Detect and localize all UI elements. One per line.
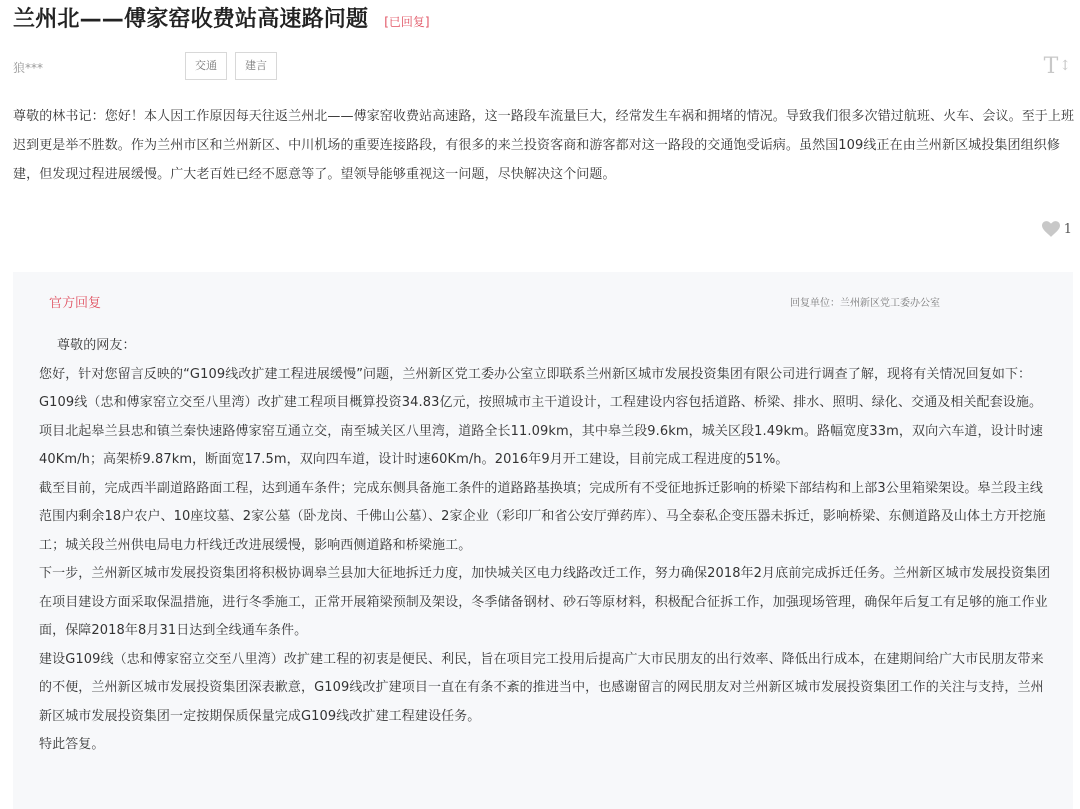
font-size-letter: T xyxy=(1044,54,1059,79)
reply-unit: 回复单位：兰州新区党工委办公室 xyxy=(790,294,940,309)
status-badge: [已回复] xyxy=(384,13,429,30)
question-body: 尊敬的林书记：您好！本人因工作原因每天往返兰州北——傅家窑收费站高速路，这一路段… xyxy=(13,102,1075,189)
reply-paragraph: 建设G109线（忠和傅家窑立交至八里湾）改扩建工程的初衷是便民、利民，旨在项目完… xyxy=(39,646,1054,732)
author-name: 狼*** xyxy=(13,59,43,76)
title-row: 兰州北——傅家窑收费站高速路问题 [已回复] xyxy=(13,2,430,33)
reply-label: 官方回复 xyxy=(49,292,101,311)
reply-closing: 特此答复。 xyxy=(39,731,1054,760)
official-reply-section: 官方回复 回复单位：兰州新区党工委办公室 尊敬的网友： 您好，针对您留言反映的“… xyxy=(13,272,1073,809)
reply-body: 尊敬的网友： 您好，针对您留言反映的“G109线改扩建工程进展缓慢”问题，兰州新… xyxy=(39,332,1054,760)
tag-list: 交通 建言 xyxy=(185,52,277,80)
reply-paragraph: G109线（忠和傅家窑立交至八里湾）改扩建工程项目概算投资34.83亿元，按照城… xyxy=(39,389,1054,475)
tag-suggestion[interactable]: 建言 xyxy=(235,52,277,80)
reply-paragraph: 下一步，兰州新区城市发展投资集团将积极协调皋兰县加大征地拆迁力度，加快城关区电力… xyxy=(39,560,1054,646)
like-button[interactable]: 1 xyxy=(1042,221,1072,237)
reply-greeting: 尊敬的网友： xyxy=(39,332,1054,361)
tag-traffic[interactable]: 交通 xyxy=(185,52,227,80)
reply-paragraph: 截至目前，完成西半副道路路面工程，达到通车条件；完成东侧具备施工条件的道路路基换… xyxy=(39,475,1054,561)
message-detail-page: 兰州北——傅家窑收费站高速路问题 [已回复] 狼*** 交通 建言 T↕ 尊敬的… xyxy=(0,0,1080,809)
meta-row: 狼*** 交通 建言 T↕ xyxy=(13,52,1073,80)
font-size-toggle-icon[interactable]: T↕ xyxy=(1044,52,1071,81)
like-count: 1 xyxy=(1064,222,1072,237)
page-title: 兰州北——傅家窑收费站高速路问题 xyxy=(13,2,368,33)
up-down-arrow-icon: ↕ xyxy=(1059,58,1071,74)
heart-icon xyxy=(1042,221,1060,237)
reply-paragraph: 您好，针对您留言反映的“G109线改扩建工程进展缓慢”问题，兰州新区党工委办公室… xyxy=(39,361,1054,390)
reply-header: 官方回复 回复单位：兰州新区党工委办公室 xyxy=(13,292,1073,312)
